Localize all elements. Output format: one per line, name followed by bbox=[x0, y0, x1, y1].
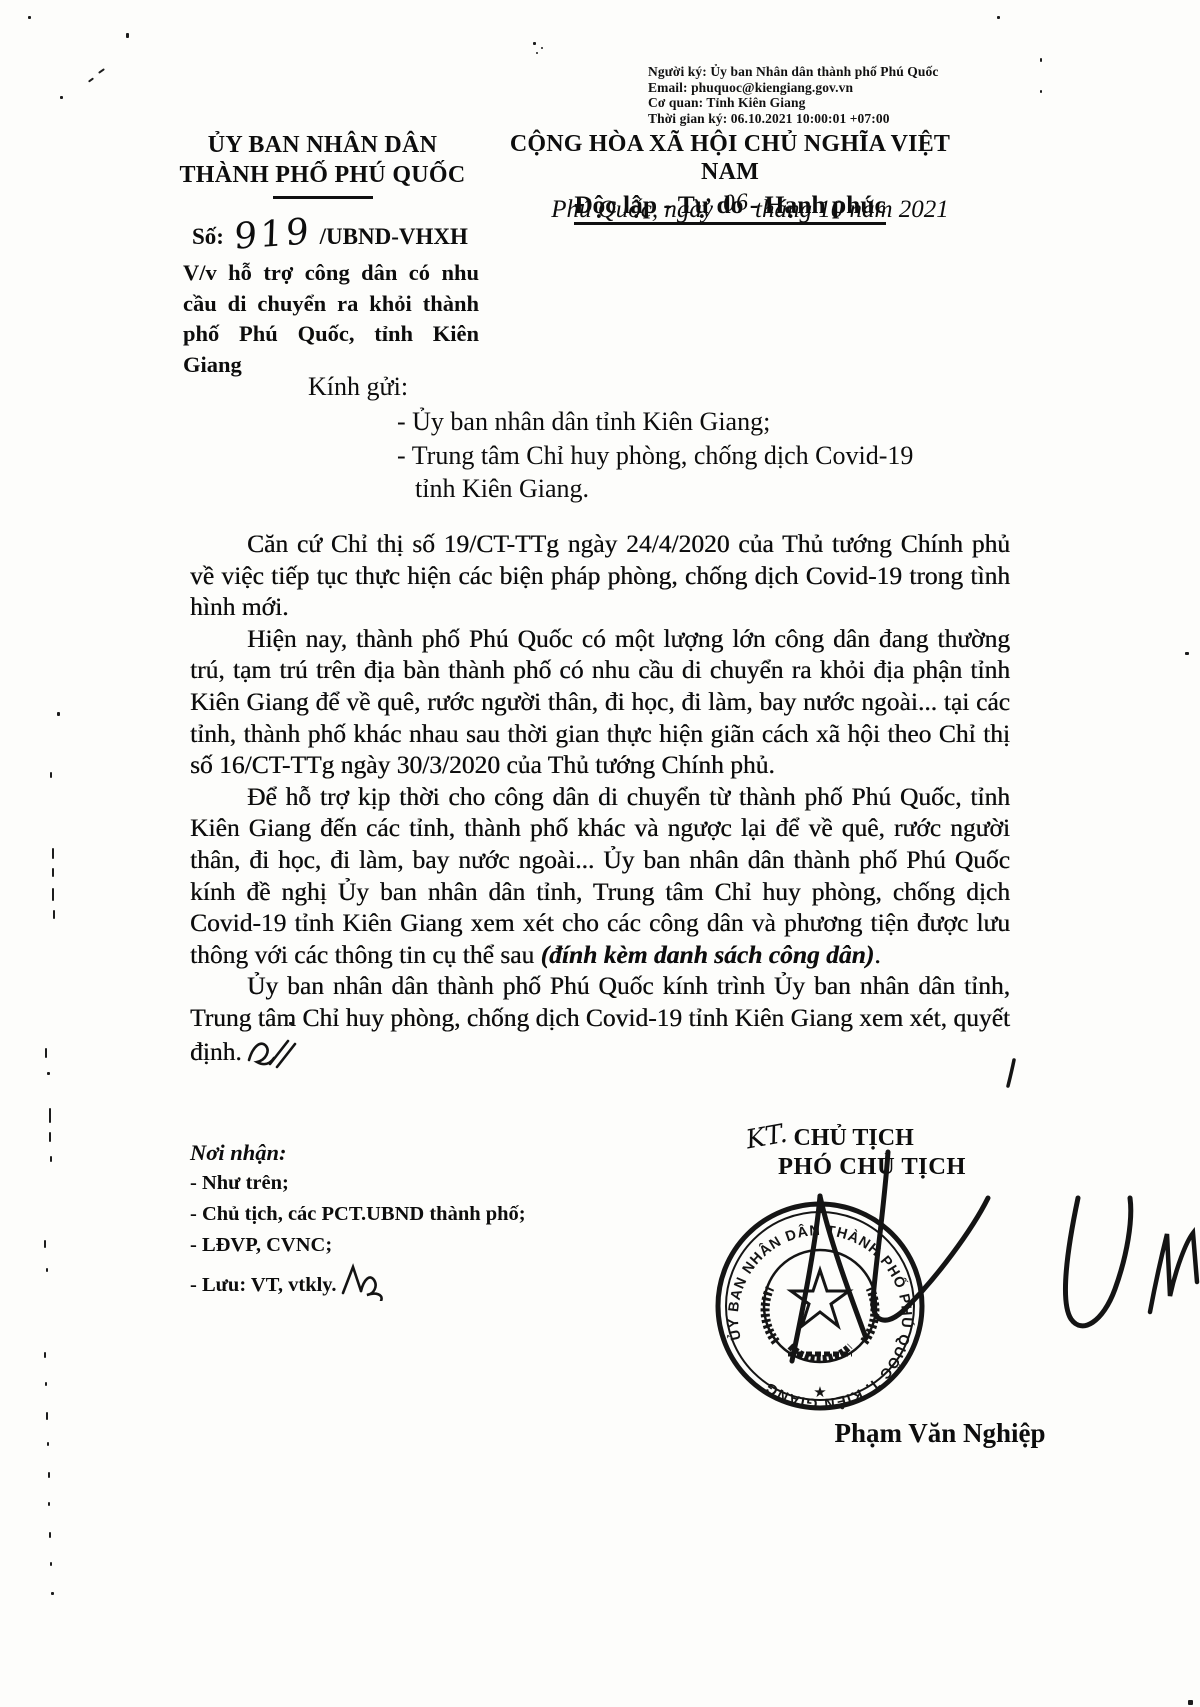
authority-underline bbox=[273, 196, 373, 199]
paragraph-closing: Ủy ban nhân dân thành phố Phú Quốc kính … bbox=[190, 970, 1010, 1069]
handwritten-day: 06 bbox=[722, 189, 750, 218]
signer-title-line1: KT.CHỦ TỊCH bbox=[700, 1122, 960, 1152]
clerk-initial-icon bbox=[339, 1261, 391, 1301]
distribution-item: - Như trên; bbox=[190, 1168, 526, 1199]
official-seal: ỦY BAN NHÂN DÂN THÀNH PHỐ PHÚ QUỐC T. KI… bbox=[710, 1196, 930, 1416]
chairman-title: CHỦ TỊCH bbox=[793, 1125, 913, 1151]
authority-name-line2: THÀNH PHỐ PHÚ QUỐC bbox=[150, 160, 495, 190]
seal-star-bottom: ★ bbox=[813, 1385, 826, 1401]
paragraph-legal-basis: Căn cứ Chỉ thị số 19/CT-TTg ngày 24/4/20… bbox=[190, 528, 1010, 623]
place-date-line: Phú Quốc, ngày06tháng 10 năm 2021 bbox=[520, 196, 980, 224]
document-subject: V/v hỗ trợ công dân có nhu cầu di chuyển… bbox=[183, 258, 479, 380]
authority-name-line1: ỦY BAN NHÂN DÂN bbox=[150, 130, 495, 160]
document-number-line: Số:919/UBND-VHXH bbox=[192, 212, 468, 253]
distribution-item-text: - Lưu: VT, vtkly. bbox=[190, 1274, 337, 1296]
paragraph-situation: Hiện nay, thành phố Phú Quốc có một lượn… bbox=[190, 623, 1010, 781]
distribution-item: - LĐVP, CVNC; bbox=[190, 1230, 526, 1261]
recipient-list: - Ủy ban nhân dân tỉnh Kiên Giang; - Tru… bbox=[397, 405, 913, 506]
document-page: Người ký: Ủy ban Nhân dân thành phố Phú … bbox=[0, 0, 1200, 1707]
distribution-block: Nơi nhận: - Như trên; - Chủ tịch, các PC… bbox=[190, 1138, 526, 1301]
issuing-authority-header: ỦY BAN NHÂN DÂN THÀNH PHỐ PHÚ QUỐC bbox=[150, 130, 495, 199]
digital-signature-metadata: Người ký: Ủy ban Nhân dân thành phố Phú … bbox=[648, 64, 938, 126]
recipient-line: tỉnh Kiên Giang. bbox=[397, 472, 913, 506]
seal-center-star bbox=[791, 1270, 849, 1326]
number-prefix: Số: bbox=[192, 224, 224, 249]
handwritten-number: 919 bbox=[233, 211, 312, 258]
letter-body: Căn cứ Chỉ thị số 19/CT-TTg ngày 24/4/20… bbox=[190, 528, 1010, 1070]
distribution-item: - Lưu: VT, vtkly. bbox=[190, 1261, 526, 1301]
date-prefix: Phú Quốc, ngày bbox=[551, 196, 713, 223]
salutation-label: Kính gửi: bbox=[308, 372, 408, 402]
distribution-label: Nơi nhận: bbox=[190, 1138, 526, 1168]
attachment-note: (đính kèm danh sách công dân) bbox=[541, 940, 875, 969]
request-period: . bbox=[874, 940, 880, 969]
signer-name: Phạm Văn Nghiệp bbox=[790, 1418, 1090, 1449]
handwritten-initial-icon bbox=[244, 1034, 300, 1070]
date-suffix: tháng 10 năm 2021 bbox=[755, 196, 949, 223]
kt-abbreviation: KT. bbox=[744, 1119, 790, 1156]
number-suffix: /UBND-VHXH bbox=[320, 224, 468, 249]
recipient-line: - Ủy ban nhân dân tỉnh Kiên Giang; bbox=[397, 405, 913, 439]
paragraph-request: Để hỗ trợ kịp thời cho công dân di chuyể… bbox=[190, 781, 1010, 971]
national-motto-line1: CỘNG HÒA XÃ HỘI CHỦ NGHĨA VIỆT NAM bbox=[495, 130, 965, 186]
distribution-item: - Chủ tịch, các PCT.UBND thành phố; bbox=[190, 1199, 526, 1230]
closing-text: Ủy ban nhân dân thành phố Phú Quốc kính … bbox=[190, 971, 1010, 1065]
recipient-line: - Trung tâm Chỉ huy phòng, chống dịch Co… bbox=[397, 439, 913, 473]
signer-title-line2: PHÓ CHỦ TỊCH bbox=[742, 1153, 1002, 1181]
